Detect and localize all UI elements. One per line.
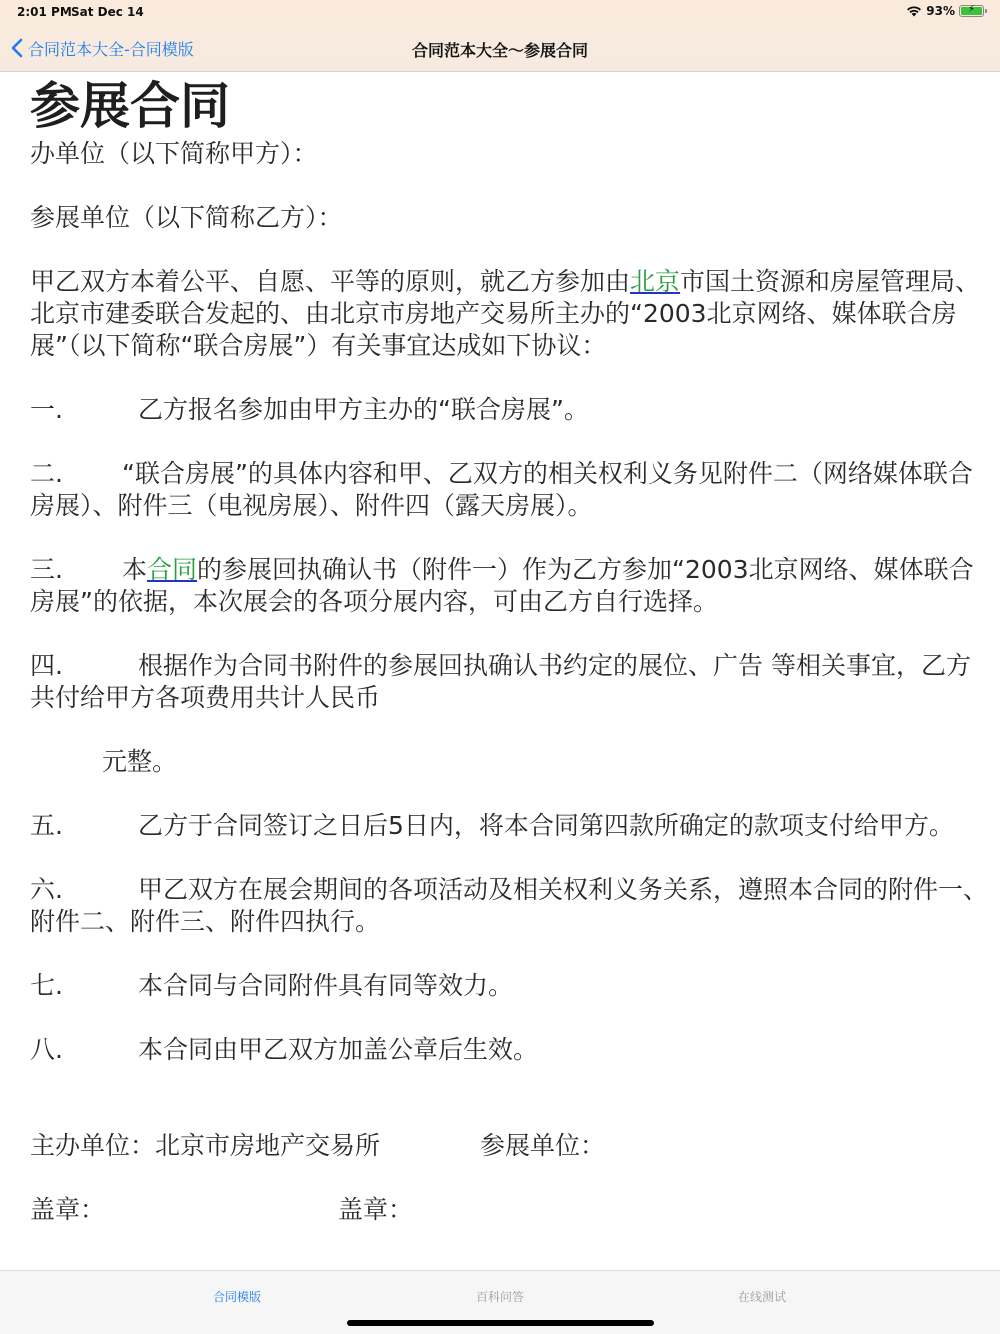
tab-online-test[interactable]: 在线测试 (662, 1288, 862, 1305)
clause-7: 七.本合同与合同附件具有同等效力。 (30, 970, 990, 1002)
clause-number: 五. (30, 810, 138, 842)
battery-percent: 93% (926, 4, 955, 18)
document-title: 参展合同 (30, 74, 990, 138)
signature-row-seals: 盖章： 盖章： (30, 1194, 990, 1226)
clause-text: 乙方报名参加由甲方主办的“联合房展”。 (138, 395, 589, 424)
clause-2: 二.“联合房展”的具体内容和甲、乙双方的相关权利义务见附件二（网络媒体联合房展）… (30, 458, 990, 522)
clause-number: 七. (30, 970, 138, 1002)
clause-number: 一. (30, 394, 138, 426)
seal-b-label: 盖章： (338, 1194, 413, 1226)
clause-number: 八. (30, 1034, 138, 1066)
clause-3: 三.本合同的参展回执确认书（附件一）作为乙方参加“2003北京网络、媒体联合房展… (30, 554, 990, 618)
signature-row-units: 主办单位：北京市房地产交易所 参展单位： (30, 1130, 990, 1162)
clause-text: 甲乙双方在展会期间的各项活动及相关权利义务关系，遵照本合同的附件一、附件二、附件… (30, 875, 988, 936)
seal-a-label: 盖章： (30, 1194, 338, 1226)
intro-text-before: 甲乙双方本着公平、自愿、平等的原则，就乙方参加由 (30, 267, 630, 296)
clause-8: 八.本合同由甲乙双方加盖公章后生效。 (30, 1034, 990, 1066)
clause-text: 本合同与合同附件具有同等效力。 (138, 971, 513, 1000)
clause-4: 四.根据作为合同书附件的参展回执确认书约定的展位、广告 等相关事宜，乙方共付给甲… (30, 650, 990, 714)
clause-number: 四. (30, 650, 138, 682)
clause-text: 根据作为合同书附件的参展回执确认书约定的展位、广告 等相关事宜，乙方共付给甲方各… (30, 651, 971, 712)
clause-text: 乙方于合同签订之日后5日内，将本合同第四款所确定的款项支付给甲方。 (138, 811, 954, 840)
clause-4-continuation: 元整。 (30, 746, 990, 778)
status-date: Sat Dec 14 (71, 5, 144, 19)
clause-number: 三. (30, 554, 122, 586)
party-a-line: 办单位（以下简称甲方）： (30, 138, 990, 170)
clause-number: 二. (30, 458, 122, 490)
exhibitor-unit-label: 参展单位： (480, 1130, 605, 1162)
wifi-icon (906, 5, 922, 17)
link-contract[interactable]: 合同 (147, 555, 197, 584)
clause-text: 本合同由甲乙双方加盖公章后生效。 (138, 1035, 538, 1064)
intro-paragraph: 甲乙双方本着公平、自愿、平等的原则，就乙方参加由北京市国土资源和房屋管理局、北京… (30, 266, 990, 362)
document-content[interactable]: 参展合同 办单位（以下简称甲方）： 参展单位（以下简称乙方）： 甲乙双方本着公平… (30, 72, 990, 1270)
clause-5: 五.乙方于合同签订之日后5日内，将本合同第四款所确定的款项支付给甲方。 (30, 810, 990, 842)
clause-text: “联合房展”的具体内容和甲、乙双方的相关权利义务见附件二（网络媒体联合房展）、附… (30, 459, 973, 520)
page-title: 合同范本大全～参展合同 (0, 38, 1000, 61)
clause-text-before: 本 (122, 555, 147, 584)
clause-number: 六. (30, 874, 138, 906)
clause-1: 一.乙方报名参加由甲方主办的“联合房展”。 (30, 394, 990, 426)
link-beijing[interactable]: 北京 (630, 267, 680, 296)
status-time: 2:01 PM (17, 5, 72, 19)
status-right: 93% ⚡ (906, 4, 984, 18)
tab-encyclopedia-qa[interactable]: 百科问答 (400, 1288, 600, 1305)
home-indicator[interactable] (347, 1320, 654, 1326)
top-bar: 2:01 PM Sat Dec 14 93% ⚡ 合同范本大全-合同模版 合同范… (0, 0, 1000, 72)
clause-6: 六.甲乙双方在展会期间的各项活动及相关权利义务关系，遵照本合同的附件一、附件二、… (30, 874, 990, 938)
status-bar: 2:01 PM Sat Dec 14 93% ⚡ (0, 4, 1000, 22)
tab-contract-templates[interactable]: 合同模版 (137, 1288, 337, 1305)
party-b-line: 参展单位（以下简称乙方）： (30, 202, 990, 234)
battery-charging-icon: ⚡ (959, 5, 984, 17)
host-unit-label: 主办单位：北京市房地产交易所 (30, 1130, 480, 1162)
